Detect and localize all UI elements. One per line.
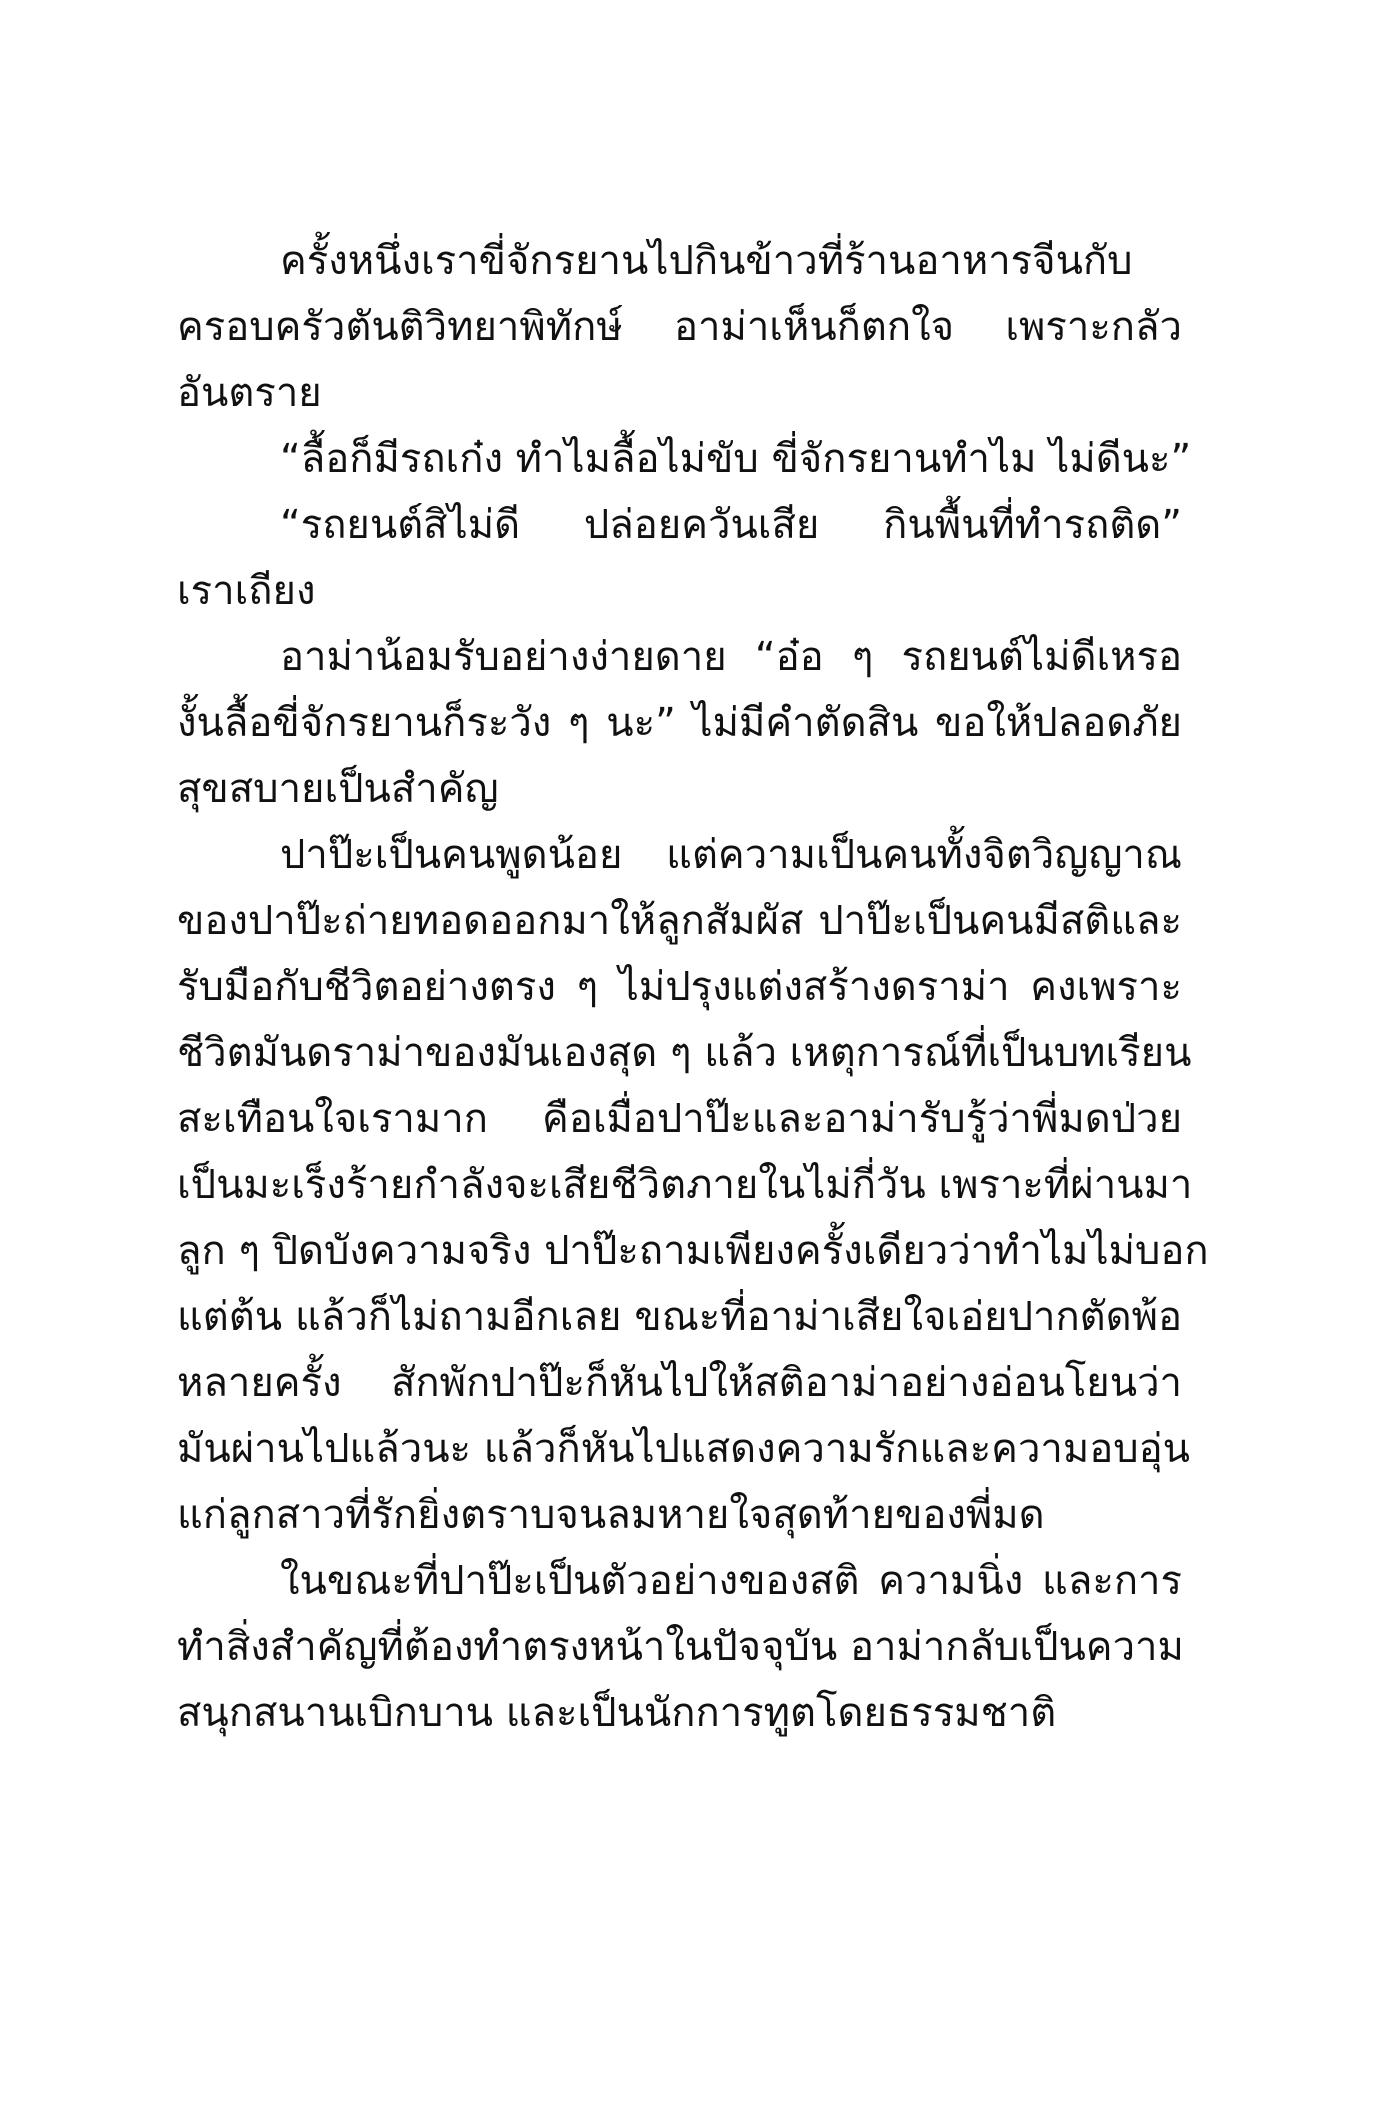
text-line: ชีวิตมันดราม่าของมันเองสุด ๆ แล้ว เหตุกา… bbox=[177, 1020, 1182, 1086]
paragraph: อาม่าน้อมรับอย่างง่ายดาย “อ๋อ ๆ รถยนต์ไม… bbox=[177, 624, 1182, 822]
paragraph: ในขณะที่ปาป๊ะเป็นตัวอย่างของสติ ความนิ่ง… bbox=[177, 1548, 1182, 1746]
text-line: สนุกสนานเบิกบาน และเป็นนักการทูตโดยธรรมช… bbox=[177, 1680, 1182, 1746]
text-line: ปาป๊ะเป็นคนพูดน้อย แต่ความเป็นคนทั้งจิตว… bbox=[177, 822, 1182, 888]
document-page: ครั้งหนึ่งเราขี่จักรยานไปกินข้าวที่ร้านอ… bbox=[177, 228, 1182, 1746]
text-line: หลายครั้ง สักพักปาป๊ะก็หันไปให้สติอาม่าอ… bbox=[177, 1350, 1182, 1416]
text-line: งั้นลื้อขี่จักรยานก็ระวัง ๆ นะ” ไม่มีคำต… bbox=[177, 690, 1182, 756]
paragraph-quote: “ลื้อก็มีรถเก๋ง ทำไมลื้อไม่ขับ ขี่จักรยา… bbox=[177, 426, 1182, 492]
text-line: สุขสบายเป็นสำคัญ bbox=[177, 756, 1182, 822]
text-line: เราเถียง bbox=[177, 558, 1182, 624]
text-line: ทำสิ่งสำคัญที่ต้องทำตรงหน้าในปัจจุบัน อา… bbox=[177, 1614, 1182, 1680]
text-line: มันผ่านไปแล้วนะ แล้วก็หันไปแสดงความรักแล… bbox=[177, 1416, 1182, 1482]
paragraph: ปาป๊ะเป็นคนพูดน้อย แต่ความเป็นคนทั้งจิตว… bbox=[177, 822, 1182, 1548]
text-line: แต่ต้น แล้วก็ไม่ถามอีกเลย ขณะที่อาม่าเสี… bbox=[177, 1284, 1182, 1350]
text-line: อาม่าน้อมรับอย่างง่ายดาย “อ๋อ ๆ รถยนต์ไม… bbox=[177, 624, 1182, 690]
text-line: ครั้งหนึ่งเราขี่จักรยานไปกินข้าวที่ร้านอ… bbox=[177, 228, 1182, 294]
text-line: สะเทือนใจเรามาก คือเมื่อปาป๊ะและอาม่ารับ… bbox=[177, 1086, 1182, 1152]
paragraph-quote: “รถยนต์สิไม่ดี ปล่อยควันเสีย กินพื้นที่ท… bbox=[177, 492, 1182, 624]
text-line: ครอบครัวตันติวิทยาพิทักษ์ อาม่าเห็นก็ตกใ… bbox=[177, 294, 1182, 360]
text-line: รับมือกับชีวิตอย่างตรง ๆ ไม่ปรุงแต่งสร้า… bbox=[177, 954, 1182, 1020]
text-line: อันตราย bbox=[177, 360, 1182, 426]
paragraph: ครั้งหนึ่งเราขี่จักรยานไปกินข้าวที่ร้านอ… bbox=[177, 228, 1182, 426]
text-line: “รถยนต์สิไม่ดี ปล่อยควันเสีย กินพื้นที่ท… bbox=[177, 492, 1182, 558]
text-line: “ลื้อก็มีรถเก๋ง ทำไมลื้อไม่ขับ ขี่จักรยา… bbox=[177, 426, 1182, 492]
text-line: ลูก ๆ ปิดบังความจริง ปาป๊ะถามเพียงครั้งเ… bbox=[177, 1218, 1182, 1284]
text-line: ในขณะที่ปาป๊ะเป็นตัวอย่างของสติ ความนิ่ง… bbox=[177, 1548, 1182, 1614]
text-line: แก่ลูกสาวที่รักยิ่งตราบจนลมหายใจสุดท้ายข… bbox=[177, 1482, 1182, 1548]
text-line: เป็นมะเร็งร้ายกำลังจะเสียชีวิตภายในไม่กี… bbox=[177, 1152, 1182, 1218]
text-line: ของปาป๊ะถ่ายทอดออกมาให้ลูกสัมผัส ปาป๊ะเป… bbox=[177, 888, 1182, 954]
